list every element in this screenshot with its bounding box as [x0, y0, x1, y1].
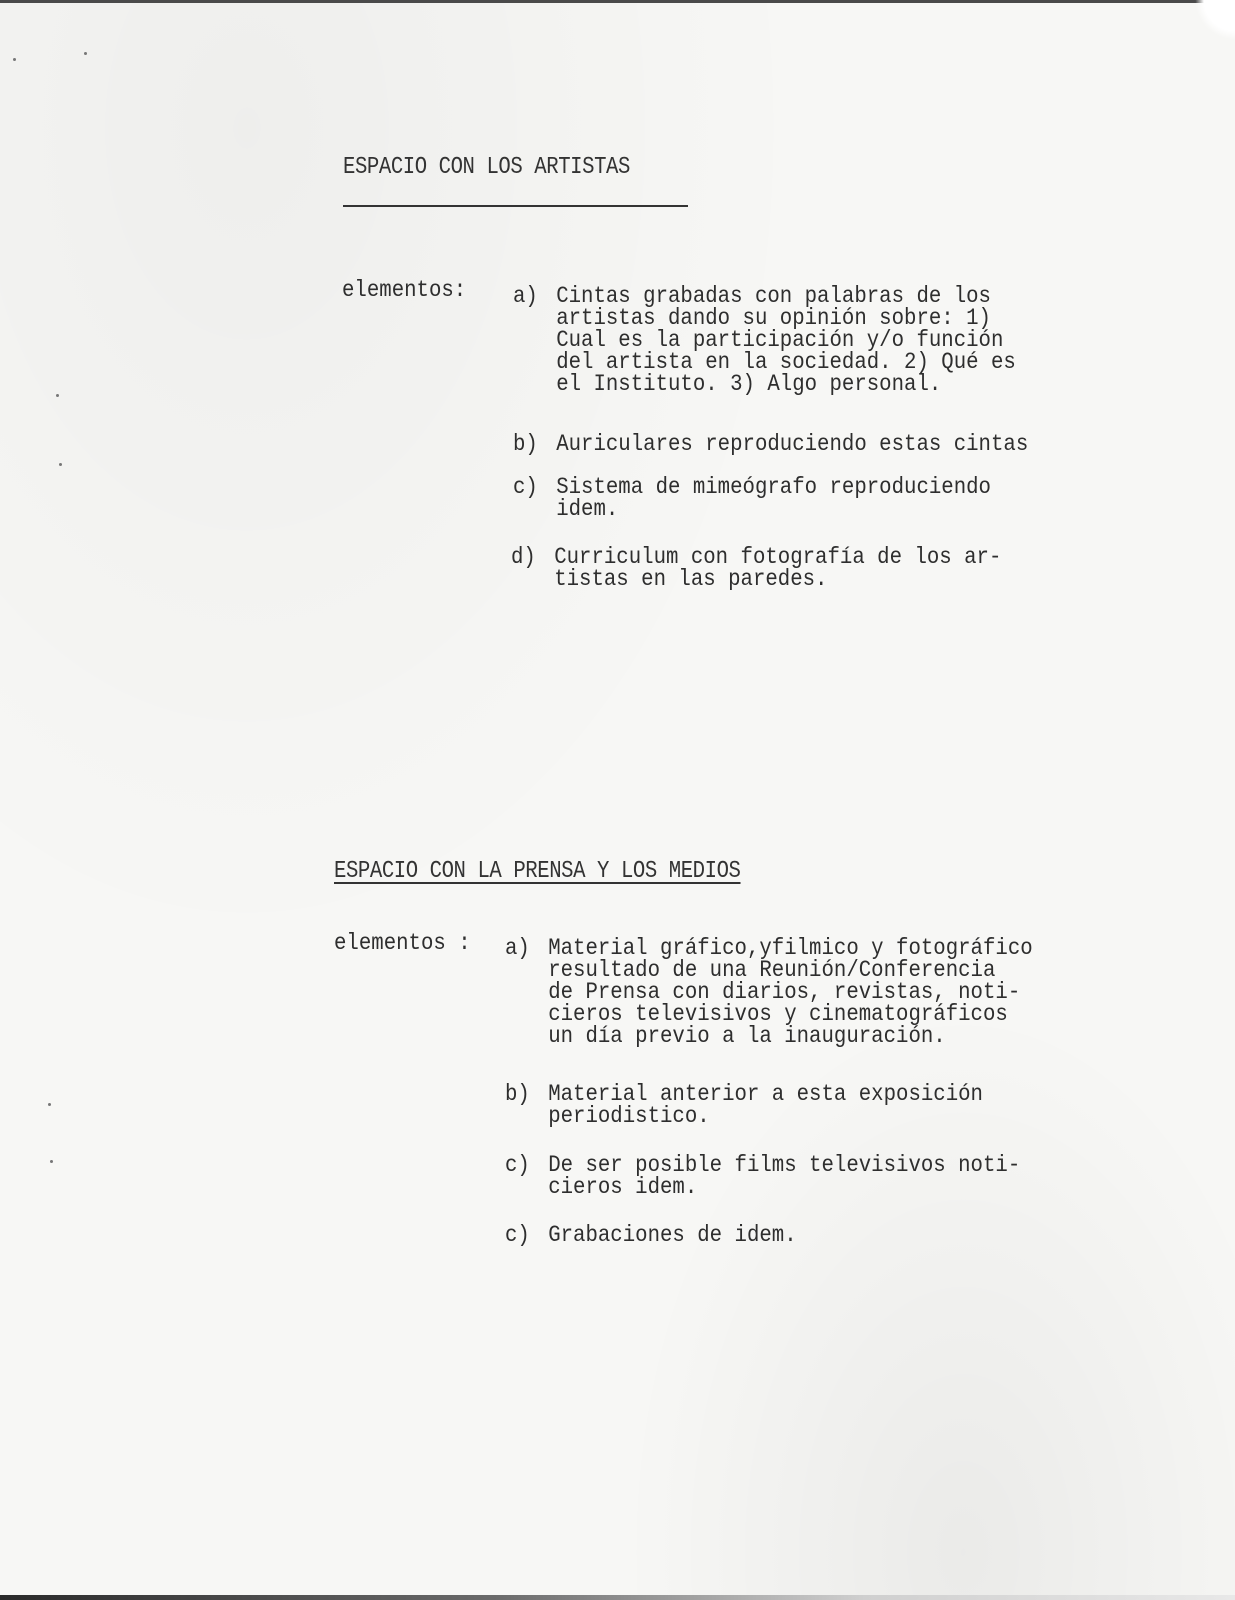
- item-marker: b): [513, 433, 538, 455]
- section-heading-artists: ESPACIO CON LOS ARTISTAS: [343, 154, 630, 181]
- item-marker: d): [511, 546, 536, 568]
- item-text: Material gráfico,yfilmico y fotográfico …: [548, 937, 1032, 1047]
- item-marker: a): [505, 937, 530, 959]
- section-heading-press: ESPACIO CON LA PRENSA Y LOS MEDIOS: [334, 858, 741, 885]
- elements-label: elementos :: [334, 930, 471, 956]
- item-marker: c): [505, 1224, 530, 1246]
- paper-speck: [59, 463, 62, 466]
- item-line: tistas en las paredes.: [554, 568, 1001, 590]
- item-text: Curriculum con fotografía de los ar- tis…: [554, 546, 1001, 590]
- item-text: Cintas grabadas con palabras de los arti…: [556, 285, 1016, 395]
- item-line: idem.: [556, 498, 991, 520]
- paper-speck: [50, 1160, 53, 1163]
- item-line: De ser posible films televisivos noti-: [548, 1154, 1020, 1176]
- item-line: resultado de una Reunión/Conferencia: [548, 959, 1032, 981]
- item-line: cieros idem.: [548, 1176, 1020, 1198]
- item-text: Sistema de mimeógrafo reproduciendo idem…: [556, 476, 991, 520]
- scan-top-edge: [0, 0, 1235, 3]
- scan-bottom-edge: [0, 1595, 1235, 1600]
- page-corner: [1195, 0, 1235, 40]
- item-line: artistas dando su opinión sobre: 1): [556, 307, 1016, 329]
- item-text: Grabaciones de idem.: [548, 1224, 796, 1246]
- item-text: Auriculares reproduciendo estas cintas: [556, 433, 1028, 455]
- item-line: el Instituto. 3) Algo personal.: [556, 373, 1016, 395]
- item-line: de Prensa con diarios, revistas, noti-: [548, 981, 1032, 1003]
- paper-speck: [84, 52, 87, 55]
- item-marker: b): [505, 1083, 530, 1105]
- paper-speck: [56, 394, 59, 397]
- item-line: periodistico.: [548, 1105, 983, 1127]
- heading-underline: [343, 205, 688, 207]
- item-line: Cintas grabadas con palabras de los: [556, 285, 1016, 307]
- item-line: Material gráfico,yfilmico y fotográfico: [548, 937, 1032, 959]
- elements-label: elementos:: [342, 277, 466, 303]
- item-line: del artista en la sociedad. 2) Qué es: [556, 351, 1016, 373]
- item-marker: a): [513, 285, 538, 307]
- item-line: un día previo a la inauguración.: [548, 1025, 1032, 1047]
- item-line: Sistema de mimeógrafo reproduciendo: [556, 476, 991, 498]
- item-text: De ser posible films televisivos noti- c…: [548, 1154, 1020, 1198]
- item-line: Grabaciones de idem.: [548, 1224, 796, 1246]
- paper-speck: [48, 1103, 51, 1106]
- item-line: Material anterior a esta exposición: [548, 1083, 983, 1105]
- item-marker: c): [505, 1154, 530, 1176]
- typewritten-page: ESPACIO CON LOS ARTISTAS elementos: a) C…: [0, 0, 1235, 1600]
- paper-speck: [13, 58, 16, 61]
- item-line: Curriculum con fotografía de los ar-: [554, 546, 1001, 568]
- item-line: Cual es la participación y/o función: [556, 329, 1016, 351]
- item-line: cieros televisivos y cinematográficos: [548, 1003, 1032, 1025]
- item-line: Auriculares reproduciendo estas cintas: [556, 433, 1028, 455]
- item-text: Material anterior a esta exposición peri…: [548, 1083, 983, 1127]
- item-marker: c): [513, 476, 538, 498]
